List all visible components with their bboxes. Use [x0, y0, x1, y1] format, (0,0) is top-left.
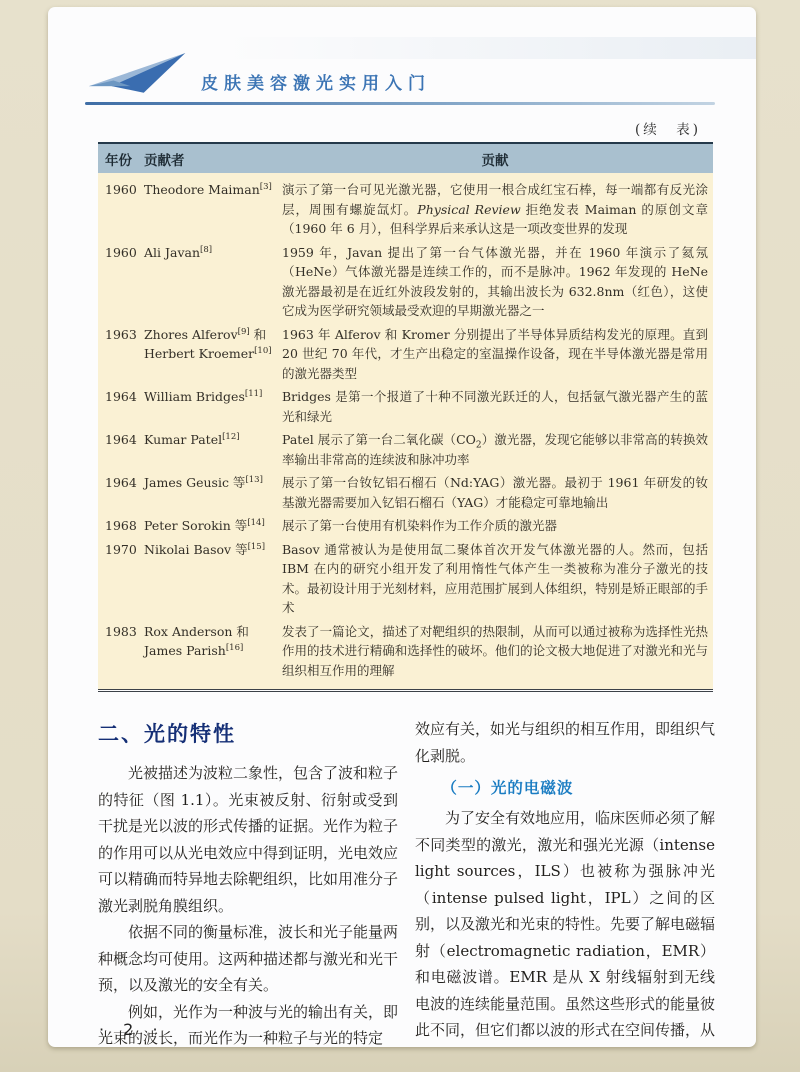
paragraph: 光被描述为波粒二象性，包含了波和粒子的特征（图 1.1）。光束被反射、衍射或受到…	[98, 760, 398, 919]
book-title: 皮肤美容激光实用入门	[201, 69, 431, 97]
page-content: 皮肤美容激光实用入门 (续 表) 年份 贡献者 贡献 1960Theodore …	[85, 7, 715, 1047]
contribution-cell: Basov 通常被认为是使用氙二聚体首次开发气体激光器的人。然而，包括 IBM …	[282, 540, 713, 618]
book-page: 皮肤美容激光实用入门 (续 表) 年份 贡献者 贡献 1960Theodore …	[48, 7, 756, 1047]
section-heading: 二、光的特性	[98, 718, 398, 748]
contribution-cell: 演示了第一台可见光激光器，它使用一根合成红宝石棒，每一端都有反光涂层，周围有螺旋…	[282, 180, 713, 239]
two-column-section: 二、光的特性 光被描述为波粒二象性，包含了波和粒子的特征（图 1.1）。光束被反…	[98, 716, 715, 1047]
contribution-cell: 发表了一篇论文，描述了对靶组织的热限制，从而可以通过被称为选择性光热作用的技术进…	[282, 622, 713, 681]
year-cell: 1983	[98, 622, 144, 681]
contributor-cell: William Bridges[11]	[144, 387, 282, 426]
year-cell: 1963	[98, 325, 144, 384]
table-row: 1968Peter Sorokin 等[14]展示了第一台使用有机染料作为工作介…	[98, 514, 713, 538]
contributor-line: Nikolai Basov 等[15]	[144, 540, 278, 560]
contribution-cell: 展示了第一台使用有机染料作为工作介质的激光器	[282, 516, 713, 536]
contributor-line: Zhores Alferov[9] 和	[144, 325, 278, 345]
contributor-cell: Theodore Maiman[3]	[144, 180, 282, 239]
table-header-row: 年份 贡献者 贡献	[98, 142, 713, 173]
paragraph: 效应有关，如光与组织的相互作用，即组织气化剥脱。	[415, 716, 715, 769]
contributor-cell: Peter Sorokin 等[14]	[144, 516, 282, 536]
paragraph: 依据不同的衡量标准，波长和光子能量两种概念均可使用。这两种描述都与激光和光干预，…	[98, 919, 398, 999]
year-cell: 1960	[98, 243, 144, 321]
contributor-line: Peter Sorokin 等[14]	[144, 516, 278, 536]
contributor-line: Rox Anderson 和	[144, 622, 278, 642]
contributor-cell: Nikolai Basov 等[15]	[144, 540, 282, 618]
contributor-cell: James Geusic 等[13]	[144, 473, 282, 512]
contribution-cell: Patel 展示了第一台二氧化碳（CO2）激光器，发现它能够以非常高的转换效率输…	[282, 430, 713, 469]
table-row: 1964William Bridges[11]Bridges 是第一个报道了十种…	[98, 385, 713, 428]
column-header-contribution: 贡献	[282, 149, 713, 169]
year-cell: 1964	[98, 430, 144, 469]
contributor-line: Ali Javan[8]	[144, 243, 278, 263]
left-column: 二、光的特性 光被描述为波粒二象性，包含了波和粒子的特征（图 1.1）。光束被反…	[98, 716, 398, 1047]
contributor-line: James Geusic 等[13]	[144, 473, 278, 493]
contributor-line: William Bridges[11]	[144, 387, 278, 407]
contributor-line: Kumar Patel[12]	[144, 430, 278, 450]
page-number: · 2 ·	[99, 1020, 165, 1039]
contribution-cell: 展示了第一台钕钇铝石榴石（Nd:YAG）激光器。最初于 1961 年研发的钕基激…	[282, 473, 713, 512]
header-rule	[85, 102, 715, 105]
page-header: 皮肤美容激光实用入门	[85, 7, 715, 97]
year-cell: 1964	[98, 387, 144, 426]
right-column: 效应有关，如光与组织的相互作用，即组织气化剥脱。（一）光的电磁波为了安全有效地应…	[415, 716, 715, 1047]
column-header-contributor: 贡献者	[144, 149, 282, 169]
column-header-year: 年份	[98, 149, 144, 169]
table-row: 1960Ali Javan[8]1959 年，Javan 提出了第一台气体激光器…	[98, 241, 713, 323]
table-row: 1964James Geusic 等[13]展示了第一台钕钇铝石榴石（Nd:YA…	[98, 471, 713, 514]
table-row: 1964Kumar Patel[12]Patel 展示了第一台二氧化碳（CO2）…	[98, 428, 713, 471]
contribution-cell: Bridges 是第一个报道了十种不同激光跃迁的人，包括氩气激光器产生的蓝光和绿…	[282, 387, 713, 426]
table-row: 1983Rox Anderson 和James Parish[16]发表了一篇论…	[98, 620, 713, 683]
year-cell: 1960	[98, 180, 144, 239]
contributor-line: James Parish[16]	[144, 641, 278, 661]
contributor-cell: Ali Javan[8]	[144, 243, 282, 321]
contributor-line: Herbert Kroemer[10]	[144, 344, 278, 364]
table-continued-label: (续 表)	[85, 118, 715, 137]
table-row: 1960Theodore Maiman[3]演示了第一台可见光激光器，它使用一根…	[98, 178, 713, 241]
contributor-cell: Kumar Patel[12]	[144, 430, 282, 469]
year-cell: 1968	[98, 516, 144, 536]
year-cell: 1970	[98, 540, 144, 618]
contributor-cell: Rox Anderson 和James Parish[16]	[144, 622, 282, 681]
header-band	[85, 37, 756, 59]
contributor-line: Theodore Maiman[3]	[144, 180, 278, 200]
subsection-heading: （一）光的电磁波	[415, 776, 715, 798]
table-body: 1960Theodore Maiman[3]演示了第一台可见光激光器，它使用一根…	[98, 173, 713, 689]
laser-history-table: 年份 贡献者 贡献 1960Theodore Maiman[3]演示了第一台可见…	[98, 142, 713, 692]
contribution-cell: 1959 年，Javan 提出了第一台气体激光器，并在 1960 年演示了氦氖（…	[282, 243, 713, 321]
table-row: 1970Nikolai Basov 等[15]Basov 通常被认为是使用氙二聚…	[98, 538, 713, 620]
contributor-cell: Zhores Alferov[9] 和Herbert Kroemer[10]	[144, 325, 282, 384]
contribution-cell: 1963 年 Alferov 和 Kromer 分别提出了半导体异质结构发光的原…	[282, 325, 713, 384]
year-cell: 1964	[98, 473, 144, 512]
table-row: 1963Zhores Alferov[9] 和Herbert Kroemer[1…	[98, 323, 713, 386]
paragraph: 为了安全有效地应用，临床医师必须了解不同类型的激光，激光和强光光源（intens…	[415, 805, 715, 1047]
